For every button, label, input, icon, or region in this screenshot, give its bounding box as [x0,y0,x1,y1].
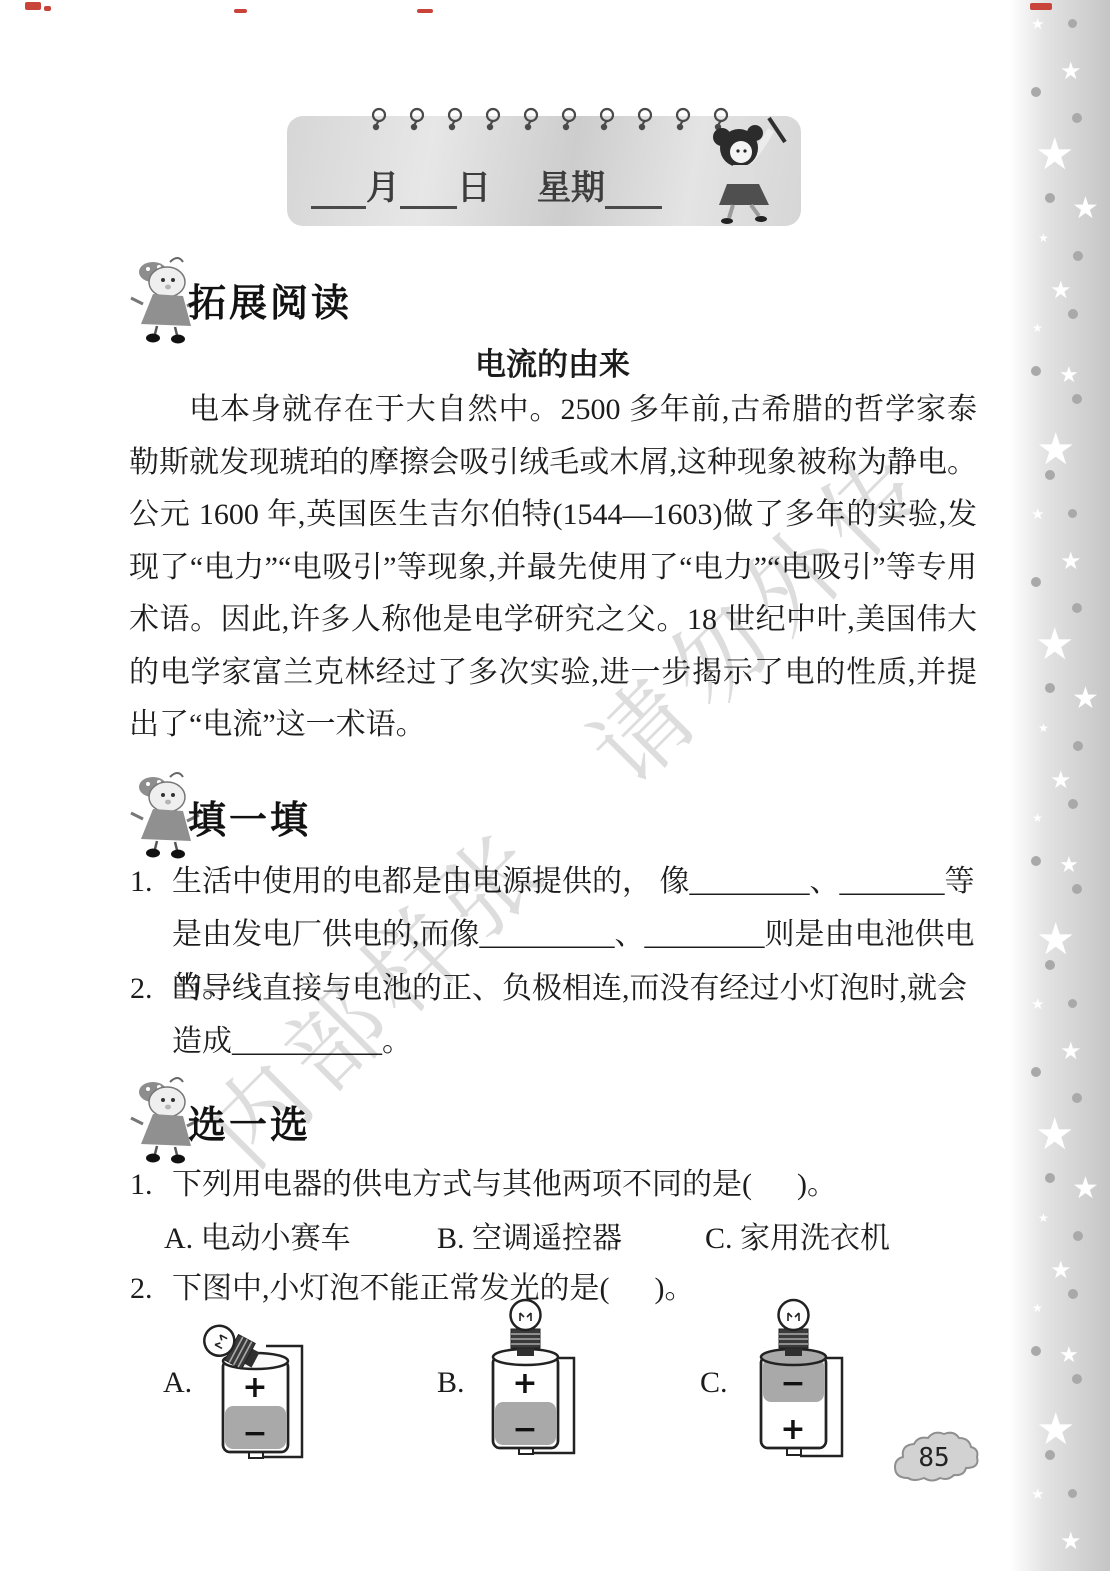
figure-label-a: A. [163,1366,192,1400]
reading-title: 电流的由来 [130,339,975,384]
page-number-cloud: 85 [888,1428,980,1486]
dot-icon [1045,193,1055,203]
dot-icon [1031,366,1041,376]
star-icon: ★ [1060,1040,1082,1064]
star-icon: ★ [1036,918,1075,962]
star-icon: ★ [1059,364,1079,386]
star-icon: ★ [1038,232,1049,244]
battery-top-sign: + [512,1366,537,1401]
question-number: 2. [130,962,153,1015]
star-icon: ★ [1035,623,1074,667]
dot-icon [1031,1067,1041,1077]
binder-ring-icon [561,106,577,136]
battery-top-sign: − [780,1366,805,1401]
star-icon: ★ [1060,550,1082,574]
dot-icon [1073,741,1083,751]
option-text: 空调遥控器 [472,1222,622,1255]
page-number: 85 [918,1443,949,1473]
option-label: A. [164,1222,193,1255]
star-strip: ★★★★★★★★★★★★★★★★★★★★★★★★★★★★★ [1010,0,1110,1571]
scan-artifact [234,9,247,13]
girl-illustration [687,108,805,230]
star-icon: ★ [1060,1530,1082,1554]
option-label: B. [437,1222,465,1255]
option-text: 家用洗衣机 [740,1222,890,1255]
dot-icon [1072,1374,1082,1384]
binder-ring-icon [637,106,653,136]
binder-ring-icon [447,106,463,136]
dot-icon [1031,577,1041,587]
fill-question-2: 2. 当导线直接与电池的正、负极相连,而没有经过小灯泡时,就会造成_______… [130,962,980,1068]
star-icon: ★ [1031,1488,1044,1503]
week-blank [605,168,662,209]
star-icon: ★ [1035,133,1074,177]
binder-rings [371,106,729,136]
star-icon: ★ [1035,1113,1074,1157]
dot-icon [1072,884,1082,894]
month-label: 月 [366,160,400,209]
dot-icon [1068,799,1078,809]
question-number: 1. [130,1158,153,1211]
dot-icon [1072,603,1082,613]
dot-icon [1045,1450,1055,1460]
star-icon: ★ [1038,1212,1049,1224]
binder-ring-icon [523,106,539,136]
star-icon: ★ [1032,1302,1043,1314]
dot-icon [1068,309,1078,319]
week-label: 星期 [537,160,605,209]
question-text: 下列用电器的供电方式与其他两项不同的是( )。 [172,1168,837,1201]
battery-bottom-sign: − [242,1416,267,1451]
option-text: 电动小赛车 [201,1222,351,1255]
section-heading-reading: 拓展阅读 [188,272,352,327]
star-icon: ★ [1072,1174,1099,1204]
star-icon: ★ [1032,322,1043,334]
option-a: A. 电动小赛车 [164,1213,351,1257]
dot-icon [1045,683,1055,693]
star-icon: ★ [1036,1408,1075,1452]
day-blank [400,168,457,209]
bulb-upright [511,1300,541,1356]
star-icon: ★ [1072,194,1099,224]
star-icon: ★ [1050,769,1072,793]
dot-icon [1072,394,1082,404]
star-icon: ★ [1060,60,1082,84]
dot-icon [1045,470,1055,480]
question-text: 当导线直接与电池的正、负极相连,而没有经过小灯泡时,就会造成__________… [172,972,967,1058]
dot-icon [1068,19,1077,28]
dot-icon [1073,251,1083,261]
option-label: C. [705,1222,733,1255]
option-c: C. 家用洗衣机 [705,1213,890,1257]
dot-icon [1068,1289,1078,1299]
day-label: 日 [457,160,491,209]
star-icon: ★ [1059,854,1079,876]
question-number: 2. [130,1262,153,1315]
dot-icon [1068,999,1077,1008]
reading-paragraph: 电本身就存在于大自然中。2500 多年前,古希腊的哲学家泰勒斯就发现琥珀的摩擦会… [129,384,977,752]
circuit-figure-b: + − [462,1296,597,1461]
binder-ring-icon [409,106,425,136]
scan-artifact [417,9,433,13]
choose-question-1: 1. 下列用电器的供电方式与其他两项不同的是( )。 [130,1158,980,1211]
date-banner: 月 日 星期 [287,116,801,226]
circuit-figure-c: − + [730,1296,865,1461]
star-icon: ★ [1072,684,1099,714]
dot-icon [1068,509,1077,518]
star-icon: ★ [1032,812,1043,824]
dot-icon [1068,1489,1077,1498]
section-heading-fill: 填一填 [188,789,311,844]
scan-artifact [25,2,41,10]
figure-label-b: B. [437,1366,465,1400]
bulb-upright [779,1300,809,1356]
option-b: B. 空调遥控器 [437,1213,622,1257]
star-icon: ★ [1036,428,1075,472]
star-icon: ★ [1031,508,1044,523]
dot-icon [1045,1173,1055,1183]
battery-top-sign: + [242,1370,267,1405]
scan-artifact [1030,3,1052,10]
binder-ring-icon [371,106,387,136]
star-icon: ★ [1031,998,1044,1013]
battery-bottom-sign: + [780,1412,805,1447]
figure-label-c: C. [700,1366,728,1400]
star-icon: ★ [1031,18,1044,33]
star-icon: ★ [1050,279,1072,303]
star-icon: ★ [1059,1344,1079,1366]
dot-icon [1073,1231,1083,1241]
scan-artifact [44,6,51,11]
dot-icon [1031,87,1041,97]
star-icon: ★ [1050,1259,1072,1283]
dot-icon [1072,1093,1082,1103]
dot-icon [1045,960,1055,970]
question-number: 1. [130,855,153,908]
binder-ring-icon [485,106,501,136]
dot-icon [1031,856,1041,866]
dot-icon [1031,1346,1041,1356]
month-blank [311,168,366,209]
date-line: 月 日 星期 [311,160,662,209]
circuit-figure-a: + − [192,1300,327,1465]
battery-bottom-sign: − [512,1412,537,1447]
worksheet-page: ★★★★★★★★★★★★★★★★★★★★★★★★★★★★★ 内部样张 请勿外传 … [0,0,1110,1571]
binder-ring-icon [599,106,615,136]
star-icon: ★ [1038,722,1049,734]
dot-icon [1072,113,1082,123]
section-heading-choose: 选一选 [188,1094,311,1149]
